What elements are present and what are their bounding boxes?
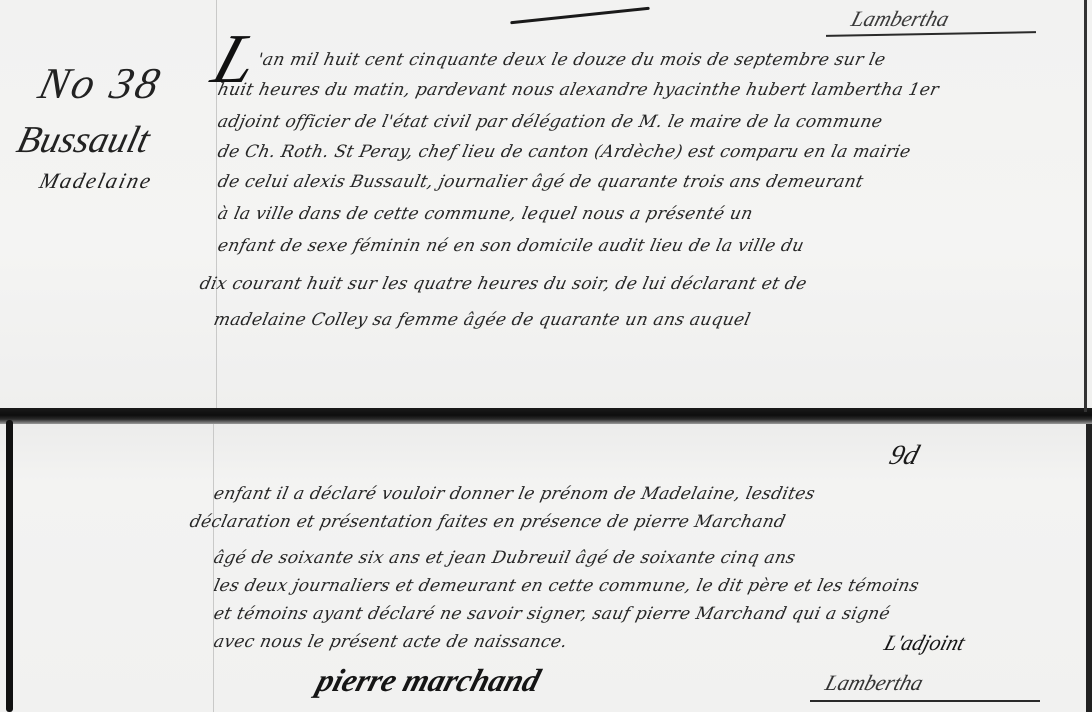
text-line: huit heures du matin, pardevant nous ale… (216, 80, 941, 100)
text-line: enfant de sexe féminin né en son domicil… (216, 236, 806, 256)
text-line: adjoint officier de l'état civil par dél… (216, 112, 884, 132)
text-line: âgé de soixante six ans et jean Dubreuil… (212, 548, 798, 568)
signature-underline (810, 700, 1040, 702)
adjoint-signature: Lambertha (822, 670, 926, 696)
margin-given-name: Madelaine (37, 168, 156, 194)
text-line: 'an mil huit cent cinquante deux le douz… (256, 50, 888, 70)
text-line: enfant il a déclaré vouloir donner le pr… (212, 484, 817, 504)
text-line: déclaration et présentation faites en pr… (188, 512, 787, 532)
witness-signature: pierre marchand (313, 662, 545, 699)
register-page-bottom (0, 424, 1092, 712)
text-line: à la ville dans de cette commune, lequel… (216, 204, 755, 224)
text-line: dix courant huit sur les quatre heures d… (198, 274, 809, 294)
margin-rule-bottom (213, 424, 214, 712)
text-line: de celui alexis Bussault, journalier âgé… (216, 172, 865, 192)
text-line: madelaine Colley sa femme âgée de quaran… (212, 310, 752, 330)
text-line: et témoins ayant déclaré ne savoir signe… (212, 604, 892, 624)
page-right-edge-top (1084, 0, 1087, 412)
margin-surname: Bussault (13, 118, 155, 162)
page-fold-divider (0, 408, 1092, 424)
page-left-edge (6, 420, 13, 712)
text-line: les deux journaliers et demeurant en cet… (212, 576, 921, 596)
page-right-edge-bottom (1086, 424, 1092, 712)
text-line: avec nous le présent acte de naissance. (212, 632, 569, 652)
entry-number: No 38 (34, 58, 168, 109)
adjoint-label: L'adjoint (881, 630, 968, 656)
previous-entry-signature: Lambertha (848, 6, 952, 32)
text-line: de Ch. Roth. St Peray, chef lieu de cant… (216, 142, 913, 162)
